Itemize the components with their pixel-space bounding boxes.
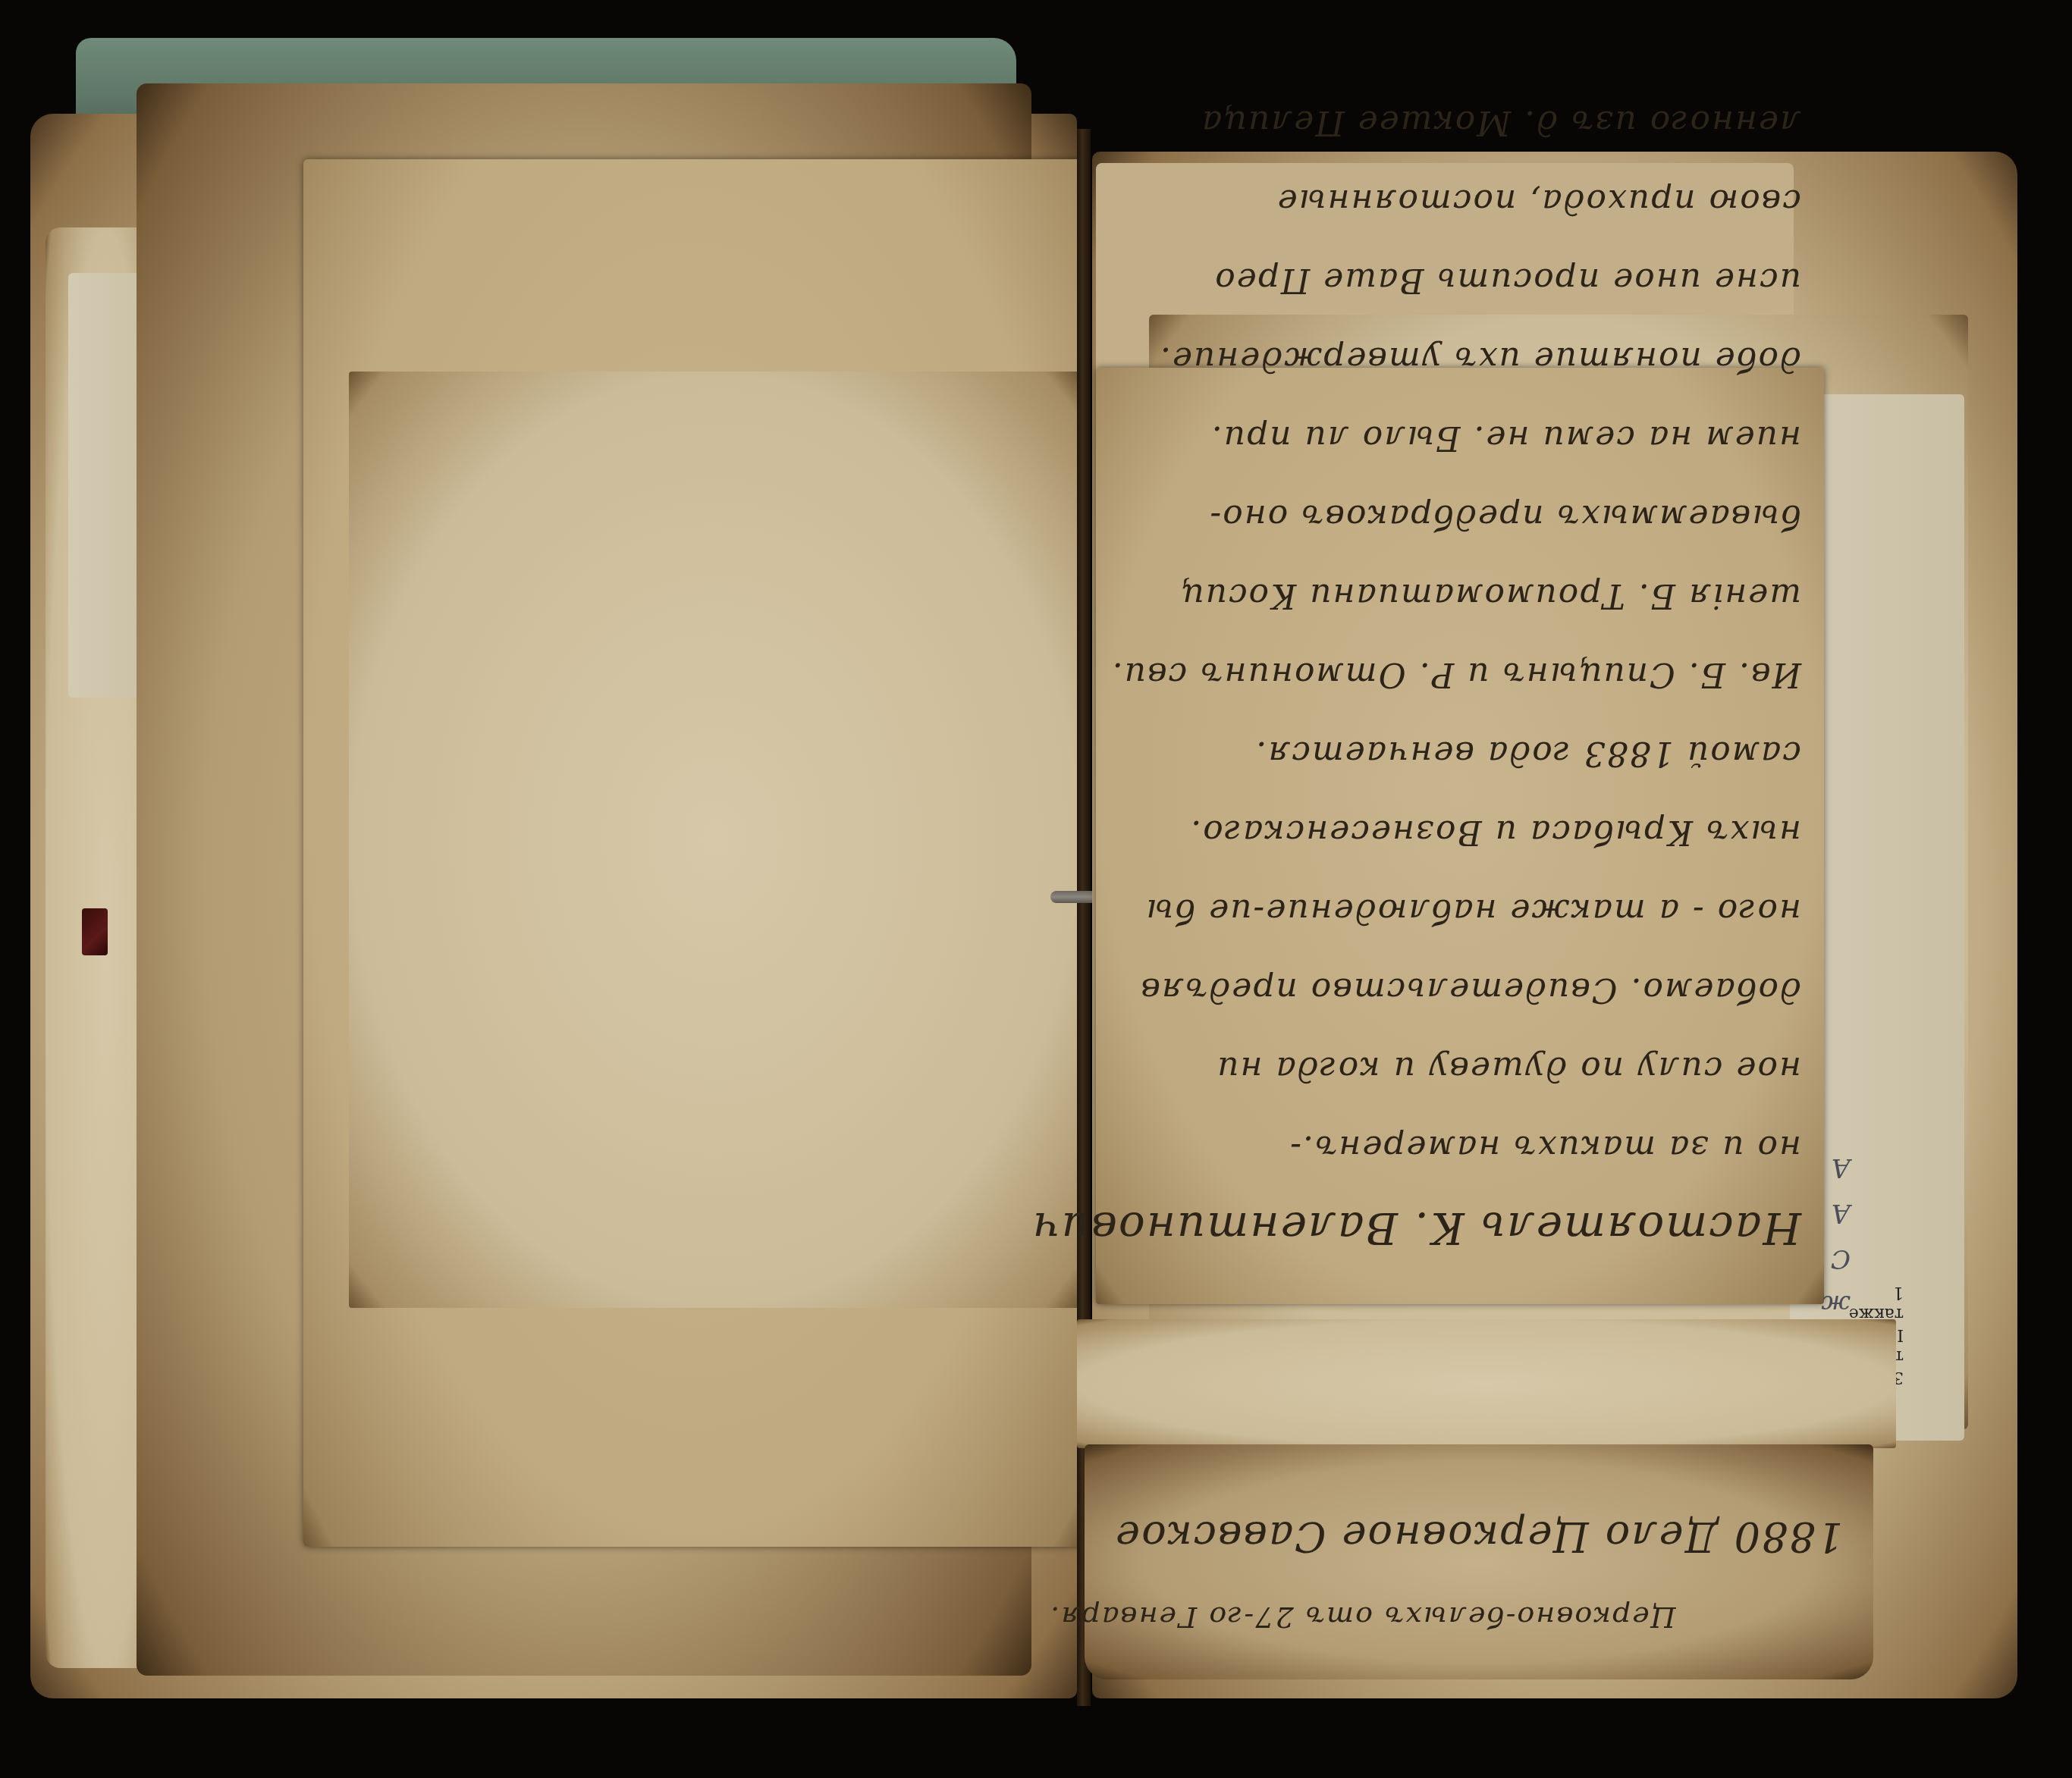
letter-line: Ив. Б. Спицынъ и Р. Отмонинъ сви. (1119, 635, 1801, 713)
letter-line: шенiя Б. Троимоматиани Косиц (1119, 556, 1801, 635)
letter-line: нием на семи не. Было ли при. (1119, 398, 1801, 477)
lower-sheet-text: Церковно-белыхъ отъ 27-го Генваря. 1880 … (1115, 1460, 1843, 1657)
letter-line: ныхъ Крыбаса и Вознесенскаго. (1119, 792, 1801, 871)
lower-right-sheet: Церковно-белыхъ отъ 27-го Генваря. 1880 … (1085, 1444, 1873, 1679)
red-label-tag (82, 908, 108, 955)
handwritten-letter: Настоятель К. Валентинович но и за таких… (1119, 406, 1801, 1270)
letter-line: добе понятие ихъ утверждение. (1119, 319, 1801, 398)
letter-line: самой 1883 года венчается. (1119, 713, 1801, 792)
letter-line: ленного изъ д. Мокшее Пелица (1119, 83, 1801, 161)
letter-line: бываеммыхъ предбраковъ оно- (1119, 477, 1801, 556)
letter-line: но и за такихъ намеренъ.- (1119, 1108, 1801, 1187)
printed-line: I (1897, 1325, 1904, 1344)
edge-mark: ж (1821, 1289, 1851, 1319)
lower-right-sheet-back (1077, 1319, 1896, 1448)
right-page: Настоятель К. Валентинович но и за таких… (1096, 368, 1824, 1304)
letter-line: исне иное просить Ваше Прео (1119, 240, 1801, 319)
letter-line: добаемо. Свидетельство предъяв (1119, 950, 1801, 1029)
lower-sheet-subline: Церковно-белыхъ отъ 27-го Генваря. (1115, 1578, 1843, 1657)
letter-signature-line: Настоятель К. Валентинович (1119, 1187, 1801, 1270)
lower-sheet-heading: 1880 Дело Церковное Саввское (1115, 1494, 1843, 1578)
left-inner-blank-sheet (349, 372, 1081, 1308)
edge-mark: А (1831, 1152, 1851, 1183)
printed-line: 1 (1893, 1283, 1904, 1302)
letter-line: ного - а также наблюдение-ие бы (1119, 871, 1801, 950)
letter-line: ное силу по душеву и когда ни (1119, 1029, 1801, 1108)
letter-line: свою прихода, постоянные (1119, 161, 1801, 240)
edge-mark: А (1831, 1198, 1851, 1228)
edge-mark: С (1831, 1243, 1851, 1274)
